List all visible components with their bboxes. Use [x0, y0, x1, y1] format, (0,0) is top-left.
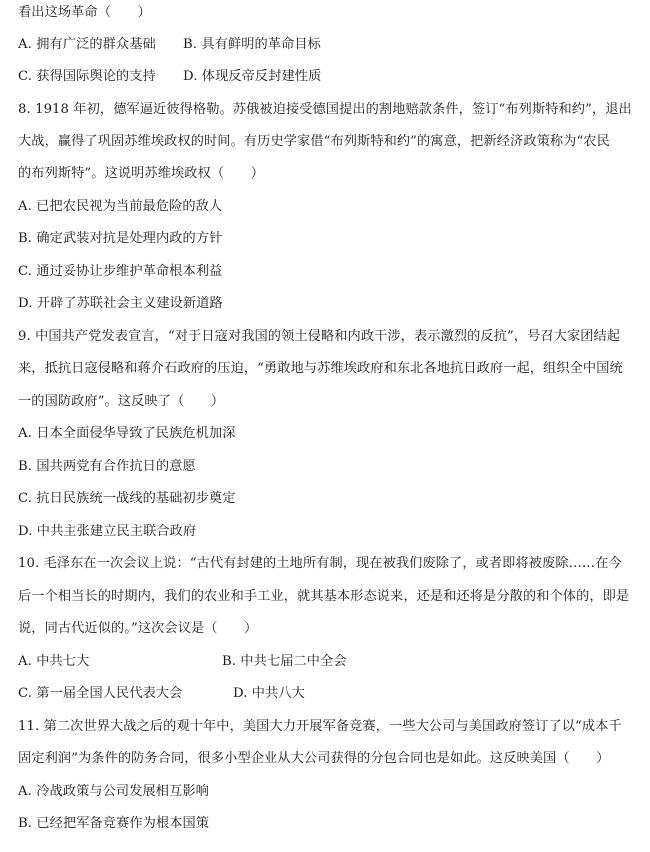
- q10-option-c: C. 第一届全国人民代表大会: [18, 682, 182, 706]
- q8-stem-line1: 8. 1918 年初，德军逼近彼得格勒。苏俄被迫接受德国提出的割地赔款条件，签订…: [18, 98, 632, 122]
- q11-stem-line1: 11. 第二次世界大战之后的观十年中，美国大力开展军备竞赛，一些大公司与美国政府…: [18, 715, 622, 739]
- q8-option-d: D. 开辟了苏联社会主义建设新道路: [18, 292, 223, 316]
- q8-stem-line3: 的布列斯特”。这说明苏维埃政权（ ）: [18, 162, 264, 186]
- q9-stem-line1: 9. 中国共产党发表宣言，“对于日寇对我国的领土侵略和内政干涉，表示激烈的反抗”…: [18, 325, 620, 349]
- q11-option-a: A. 冷战政策与公司发展相互影响: [18, 780, 209, 804]
- q10-option-d: D. 中共八大: [233, 682, 305, 706]
- q10-option-b: B. 中共七届二中全会: [222, 650, 347, 674]
- q7-option-c: C. 获得国际舆论的支持: [18, 65, 156, 89]
- q9-option-c: C. 抗日民族统一战线的基础初步奠定: [18, 487, 236, 511]
- q9-option-a: A. 日本全面侵华导致了民族危机加深: [18, 422, 236, 446]
- q10-stem-line2: 后一个相当长的时期内，我们的农业和手工业，就其基本形态说来，还是和还将是分散的和…: [18, 585, 629, 609]
- q10-stem-line3: 说，同古代近似的。”这次会议是（ ）: [18, 617, 257, 641]
- q8-stem-line2: 大战，赢得了巩固苏维埃政权的时间。有历史学家借“布列斯特和约”的寓意，把新经济政…: [18, 130, 610, 154]
- q7-option-b: B. 具有鲜明的革命目标: [183, 33, 321, 57]
- q11-stem-line2: 固定利润”为条件的防务合同，很多小型企业从大公司获得的分包合同也是如此。这反映美…: [18, 747, 610, 771]
- q9-option-d: D. 中共主张建立民主联合政府: [18, 520, 196, 544]
- q10-option-a: A. 中共七大: [18, 650, 89, 674]
- q10-options-row2: C. 第一届全国人民代表大会 D. 中共八大: [18, 682, 638, 706]
- q9-option-b: B. 国共两党有合作抗日的意愿: [18, 455, 196, 479]
- q8-option-c: C. 通过妥协让步维护革命根本利益: [18, 260, 222, 284]
- q8-option-b: B. 确定武装对抗是处理内政的方针: [18, 227, 222, 251]
- q9-stem-line3: 一的国防政府”。这反映了（ ）: [18, 390, 224, 414]
- q8-option-a: A. 已把农民视为当前最危险的敌人: [18, 195, 222, 219]
- q10-options-row1: A. 中共七大 B. 中共七届二中全会: [18, 650, 638, 674]
- q7-option-a: A. 拥有广泛的群众基础: [18, 33, 156, 57]
- q7-stem-tail: 看出这场革命（ ）: [18, 1, 151, 25]
- q11-option-b: B. 已经把军备竞赛作为根本国策: [18, 812, 209, 836]
- q10-stem-line1: 10. 毛泽东在一次会议上说：“古代有封建的土地所有制，现在被我们废除了，或者即…: [18, 552, 622, 576]
- q7-option-d: D. 体现反帝反封建性质: [183, 65, 321, 89]
- q9-stem-line2: 来，抵抗日寇侵略和蒋介石政府的压迫，“勇敢地与苏维埃政府和东北各地抗日政府一起，…: [18, 357, 623, 381]
- q7-options-row2: C. 获得国际舆论的支持 D. 体现反帝反封建性质: [18, 65, 638, 89]
- q7-options-row1: A. 拥有广泛的群众基础 B. 具有鲜明的革命目标: [18, 33, 638, 57]
